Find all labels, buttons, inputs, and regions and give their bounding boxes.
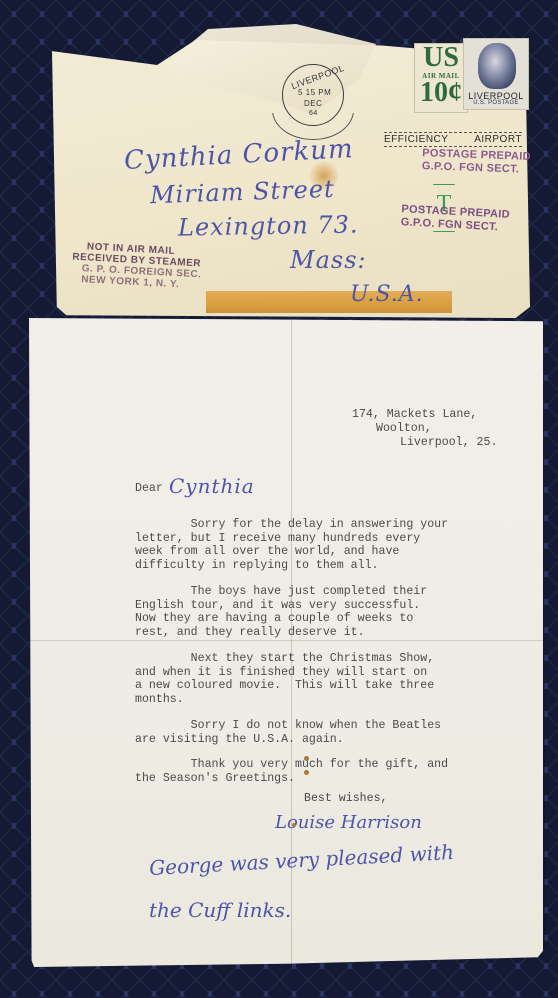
closing: Best wishes, bbox=[304, 792, 388, 806]
slogan-cancel: EFFICIENCY AIRPORT bbox=[384, 132, 522, 147]
slogan-right: AIRPORT bbox=[474, 134, 522, 145]
washington-stamp: U.S. POSTAGE LIVERPOOL bbox=[463, 38, 529, 110]
postscript-line2: the Cuff links. bbox=[149, 898, 291, 922]
salutation: Dear bbox=[135, 482, 163, 496]
paragraph-3: Next they start the Christmas Show, and … bbox=[135, 652, 434, 706]
steamer-stamp: NOT IN AIR MAIL RECEIVED BY STEAMER G. P… bbox=[71, 241, 203, 292]
recipient-state: Mass: bbox=[290, 246, 367, 274]
signature: Louise Harrison bbox=[275, 812, 422, 833]
salutation-name: Cynthia bbox=[169, 474, 255, 498]
stamp-us-text: US bbox=[415, 44, 467, 72]
postage-prepaid-stamp-1: POSTAGE PREPAID G.P.O. FGN SECT. bbox=[422, 147, 531, 177]
recipient-city: Lexington 73. bbox=[178, 210, 359, 241]
washington-portrait bbox=[478, 43, 516, 89]
paragraph-2: The boys have just completed their Engli… bbox=[135, 585, 427, 639]
sender-address-line1: 174, Mackets Lane, bbox=[352, 408, 477, 422]
postmark-time: 5 15 PM bbox=[298, 88, 331, 97]
paragraph-5: Thank you very much for the gift, and th… bbox=[135, 758, 448, 785]
stain-spot bbox=[304, 756, 309, 761]
recipient-country: U.S.A. bbox=[350, 282, 424, 307]
airmail-stamp: US AIR MAIL 10¢ bbox=[414, 43, 468, 113]
paragraph-1: Sorry for the delay in answering your le… bbox=[135, 518, 448, 572]
slogan-left: EFFICIENCY bbox=[384, 134, 448, 145]
fold-crease-horizontal bbox=[29, 640, 543, 641]
postscript-line1: George was very pleased with bbox=[149, 840, 455, 880]
stain-spot bbox=[292, 823, 296, 827]
postmark-year: 64 bbox=[309, 110, 318, 117]
stain-spot bbox=[304, 770, 309, 775]
stamp-liverpool-overprint: LIVERPOOL bbox=[466, 91, 526, 101]
sender-address-line2: Woolton, bbox=[376, 422, 432, 436]
postmark-date: DEC bbox=[304, 99, 322, 108]
letter-sheet: 174, Mackets Lane, Woolton, Liverpool, 2… bbox=[29, 318, 543, 967]
paragraph-4: Sorry I do not know when the Beatles are… bbox=[135, 719, 441, 746]
stamp-value: 10¢ bbox=[415, 80, 467, 106]
sender-address-line3: Liverpool, 25. bbox=[400, 436, 497, 450]
